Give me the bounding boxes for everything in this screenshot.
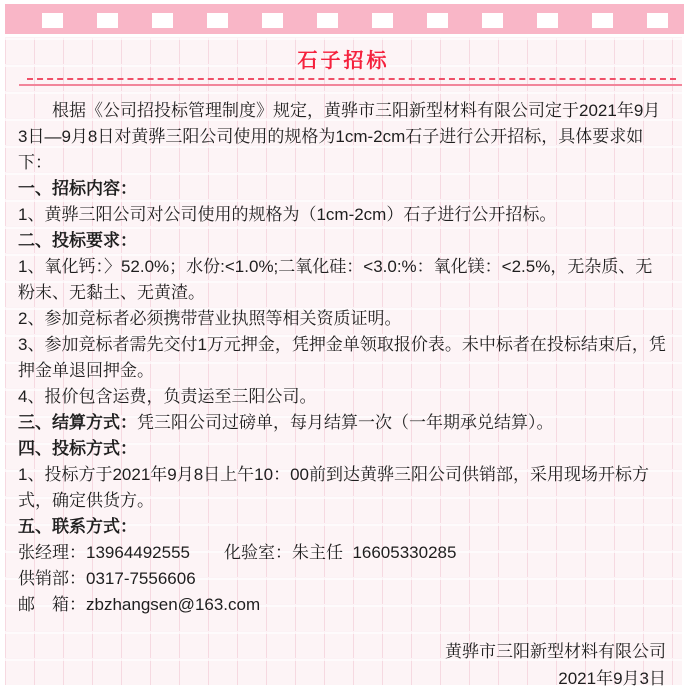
signature-company: 黄骅市三阳新型材料有限公司 bbox=[5, 638, 666, 665]
divider-dashed bbox=[27, 78, 676, 80]
heading-text: 一、招标内容： bbox=[18, 179, 137, 198]
heading-text: 四、投标方式： bbox=[18, 439, 137, 458]
section-4-heading: 四、投标方式： bbox=[18, 436, 666, 462]
item-text: 1、氧化钙：〉52.0%；水份:<1.0%;二氧化硅：<3.0:%：氧化镁：<2… bbox=[18, 257, 652, 302]
item-text: 1、投标方于2021年9月8日上午10：00前到达黄骅三阳公司供销部，采用现场开… bbox=[18, 465, 649, 510]
decorative-tape-top bbox=[5, 4, 684, 34]
item-text: 2、参加竞标者必须携带营业执照等相关资质证明。 bbox=[18, 309, 401, 328]
notice-title: 石子招标 bbox=[5, 47, 682, 75]
section-2-item-4: 4、报价包含运费，负责运至三阳公司。 bbox=[18, 384, 666, 410]
heading-text: 二、投标要求： bbox=[18, 231, 137, 250]
contact-line-manager: 张经理：13964492555 化验室：朱主任 16605330285 bbox=[18, 540, 666, 566]
section-2-item-2: 2、参加竞标者必须携带营业执照等相关资质证明。 bbox=[18, 306, 666, 332]
tape-holes-pattern bbox=[42, 13, 684, 28]
section-2-heading: 二、投标要求： bbox=[18, 228, 666, 254]
section-2-item-3: 3、参加竞标者需先交付1万元押金，凭押金单领取报价表。未中标者在投标结束后，凭押… bbox=[18, 332, 666, 384]
paragraph-text: 根据《公司招投标管理制度》规定，黄骅市三阳新型材料有限公司定于2021年9月3日… bbox=[18, 101, 660, 172]
notice-page: 石子招标 根据《公司招投标管理制度》规定，黄骅市三阳新型材料有限公司定于2021… bbox=[0, 0, 684, 690]
section-5-heading: 五、联系方式： bbox=[18, 514, 666, 540]
section-4-item-1: 1、投标方于2021年9月8日上午10：00前到达黄骅三阳公司供销部，采用现场开… bbox=[18, 462, 666, 514]
signature-block: 黄骅市三阳新型材料有限公司 2021年9月3日 bbox=[5, 638, 682, 690]
notice-sheet: 石子招标 根据《公司招投标管理制度》规定，黄骅市三阳新型材料有限公司定于2021… bbox=[5, 37, 682, 685]
signature-date: 2021年9月3日 bbox=[5, 665, 666, 690]
contact-line-sales: 供销部：0317-7556606 bbox=[18, 566, 666, 592]
contact-line-email: 邮 箱：zbzhangsen@163.com bbox=[18, 592, 666, 618]
section-1-heading: 一、招标内容： bbox=[18, 176, 666, 202]
contact-text: 邮 箱：zbzhangsen@163.com bbox=[18, 595, 260, 614]
intro-paragraph: 根据《公司招投标管理制度》规定，黄骅市三阳新型材料有限公司定于2021年9月3日… bbox=[18, 98, 666, 176]
item-text: 4、报价包含运费，负责运至三阳公司。 bbox=[18, 387, 316, 406]
heading-inline-text: 凭三阳公司过磅单，每月结算一次（一年期承兑结算）。 bbox=[137, 413, 554, 432]
section-3-heading: 三、结算方式：凭三阳公司过磅单，每月结算一次（一年期承兑结算）。 bbox=[18, 410, 666, 436]
contact-text: 张经理：13964492555 化验室：朱主任 16605330285 bbox=[18, 543, 456, 562]
heading-text: 五、联系方式： bbox=[18, 517, 137, 536]
item-text: 1、黄骅三阳公司对公司使用的规格为（1cm-2cm）石子进行公开招标。 bbox=[18, 205, 556, 224]
section-2-item-1: 1、氧化钙：〉52.0%；水份:<1.0%;二氧化硅：<3.0:%：氧化镁：<2… bbox=[18, 254, 666, 306]
item-text: 3、参加竞标者需先交付1万元押金，凭押金单领取报价表。未中标者在投标结束后，凭押… bbox=[18, 335, 666, 380]
notice-body: 根据《公司招投标管理制度》规定，黄骅市三阳新型材料有限公司定于2021年9月3日… bbox=[5, 86, 682, 618]
heading-text: 三、结算方式： bbox=[18, 413, 137, 432]
section-1-item-1: 1、黄骅三阳公司对公司使用的规格为（1cm-2cm）石子进行公开招标。 bbox=[18, 202, 666, 228]
contact-text: 供销部：0317-7556606 bbox=[18, 569, 196, 588]
